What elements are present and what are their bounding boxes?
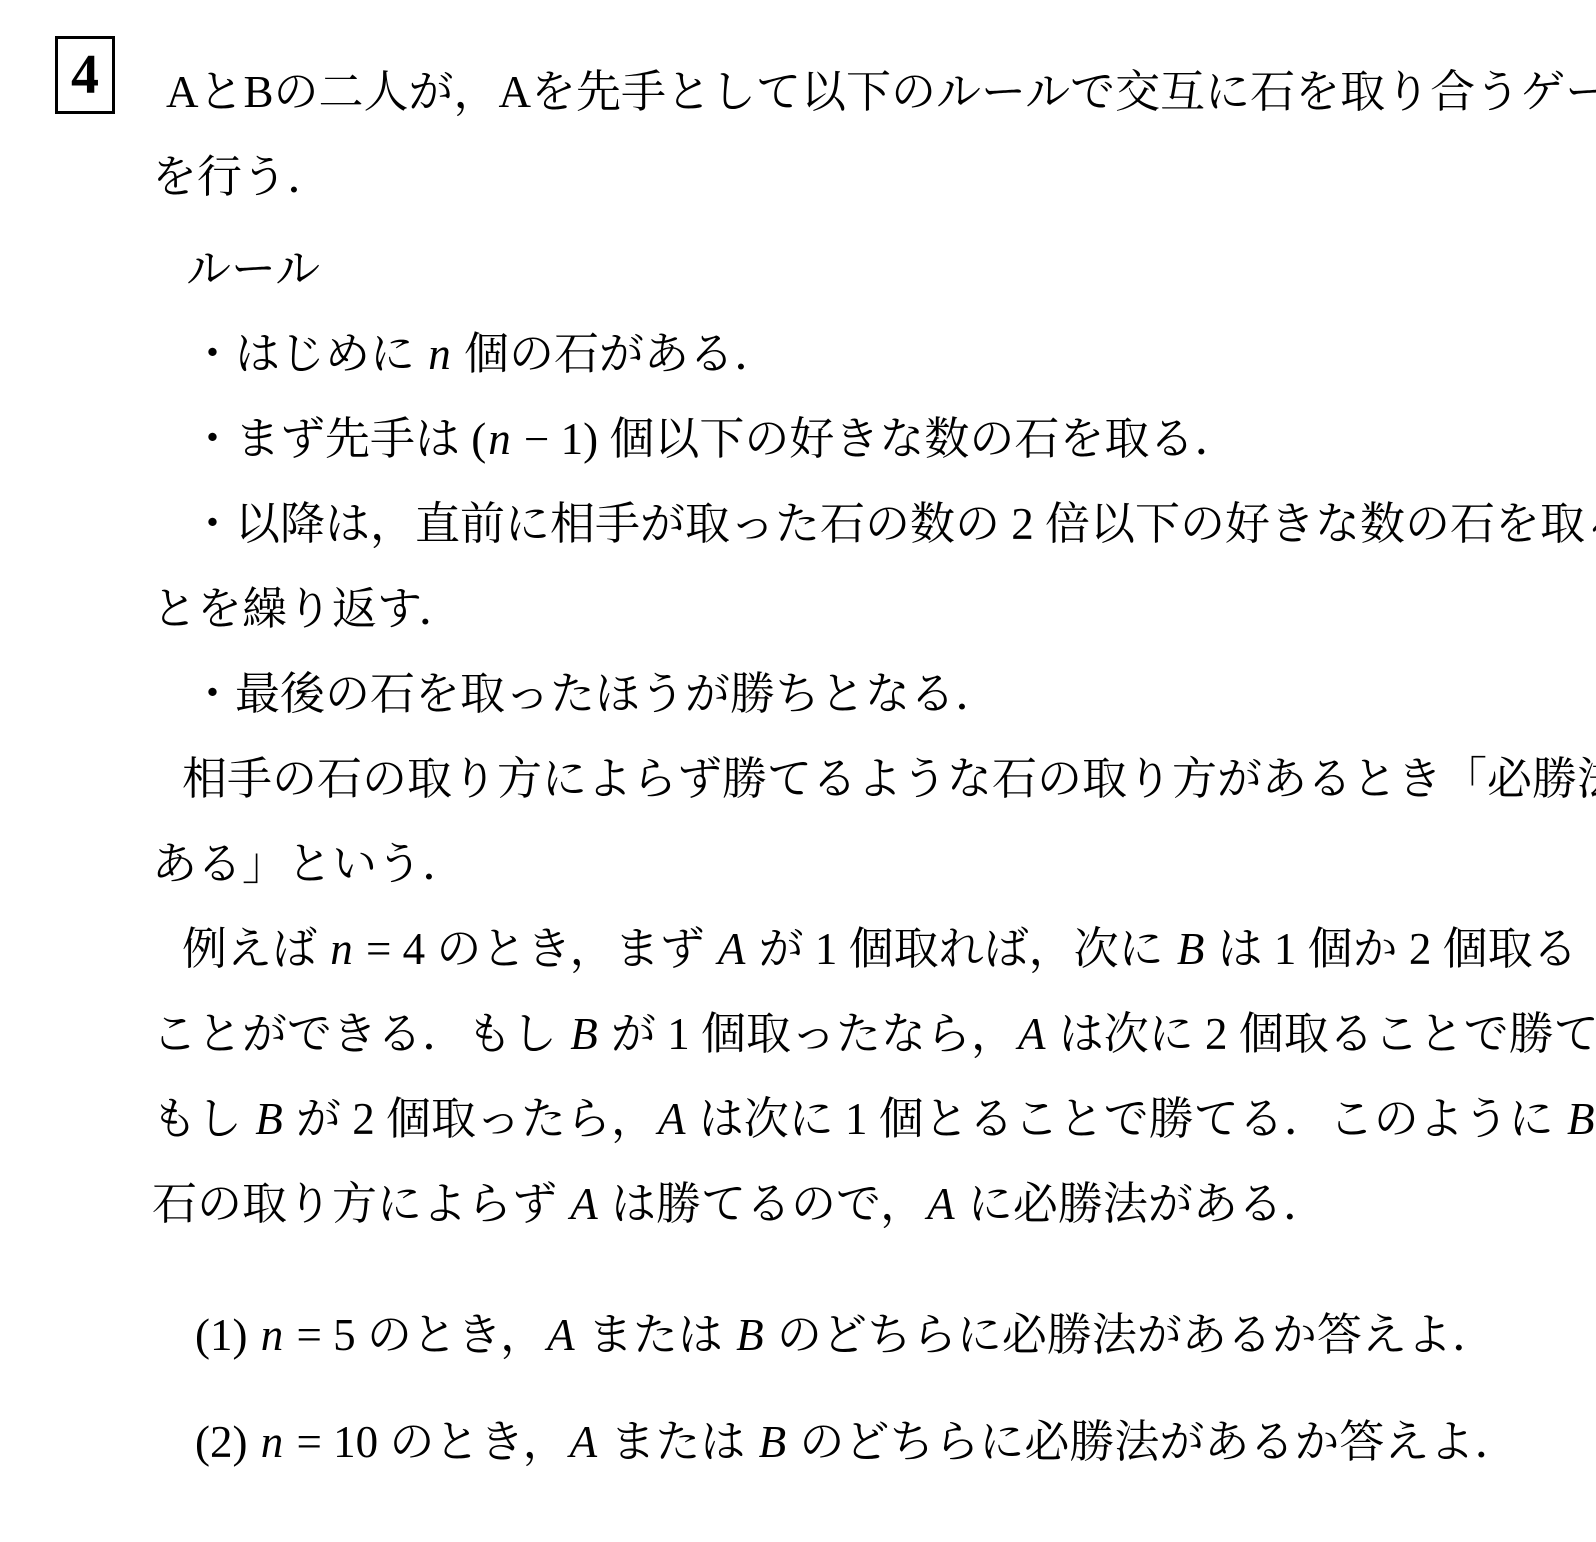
text-run: 例えば bbox=[182, 924, 328, 974]
math-var: n bbox=[486, 414, 513, 464]
text-line: ルール bbox=[152, 227, 1552, 312]
text-run: を行う． bbox=[152, 152, 332, 202]
text-run: が 1 個取ったなら， bbox=[600, 1009, 1016, 1059]
text-run: ・まず先手は ( bbox=[190, 414, 486, 464]
math-var: A bbox=[568, 1417, 600, 1467]
section-intro: AとBの二人が，Aを先手として以下のルールで交互に石を取り合うゲームを行う． bbox=[152, 50, 1552, 220]
text-run: ・以降は，直前に相手が取った石の数の 2 倍以下の好きな数の石を取るこ bbox=[190, 499, 1596, 549]
text-line: ことができる．もし B が 1 個取ったなら，A は次に 2 個取ることで勝てる… bbox=[152, 992, 1552, 1077]
section-questions: (1) n = 5 のとき，A または B のどちらに必勝法があるか答えよ．(2… bbox=[152, 1293, 1552, 1485]
math-var: n bbox=[259, 1310, 286, 1360]
math-var: B bbox=[253, 1094, 285, 1144]
section-rule: ・まず先手は (n − 1) 個以下の好きな数の石を取る． bbox=[152, 397, 1552, 482]
text-run: = 5 のとき， bbox=[285, 1310, 545, 1360]
text-line: ・最後の石を取ったほうが勝ちとなる． bbox=[152, 652, 1552, 737]
text-run: が 2 個取ったら， bbox=[285, 1094, 656, 1144]
text-run: は 1 個か 2 個取る bbox=[1206, 924, 1577, 974]
text-run: は勝てるので， bbox=[600, 1179, 925, 1229]
text-run: (1) bbox=[195, 1310, 259, 1360]
text-run: = 10 のとき， bbox=[285, 1417, 567, 1467]
math-var: n bbox=[328, 924, 355, 974]
text-run: ある」という． bbox=[152, 839, 467, 889]
text-run: のどちらに必勝法があるか答えよ． bbox=[788, 1417, 1519, 1467]
text-line: AとBの二人が，Aを先手として以下のルールで交互に石を取り合うゲーム bbox=[152, 50, 1552, 135]
text-run: または bbox=[599, 1417, 757, 1467]
text-run: ルール bbox=[186, 244, 320, 294]
exam-page: 4 AとBの二人が，Aを先手として以下のルールで交互に石を取り合うゲームを行う．… bbox=[0, 0, 1596, 1542]
text-run: (2) bbox=[195, 1417, 259, 1467]
math-var: A bbox=[656, 1094, 688, 1144]
text-line: ・以降は，直前に相手が取った石の数の 2 倍以下の好きな数の石を取るこ bbox=[152, 482, 1552, 567]
text-run: 個の石がある． bbox=[453, 329, 779, 379]
text-run: = 4 のとき，まず bbox=[355, 924, 716, 974]
math-var: B bbox=[1565, 1094, 1596, 1144]
text-line: とを繰り返す． bbox=[152, 567, 1552, 652]
math-var: B bbox=[1175, 924, 1207, 974]
math-var: n bbox=[259, 1417, 286, 1467]
text-line: ・はじめに n 個の石がある． bbox=[152, 312, 1552, 397]
text-line: 石の取り方によらず A は勝てるので，A に必勝法がある． bbox=[152, 1162, 1552, 1247]
section-para: 例えば n = 4 のとき，まず A が 1 個取れば，次に B は 1 個か … bbox=[152, 907, 1552, 1247]
math-var: A bbox=[716, 924, 748, 974]
section-para: 相手の石の取り方によらず勝てるような石の取り方があるとき「必勝法がある」という． bbox=[152, 737, 1552, 907]
text-run: または bbox=[577, 1310, 735, 1360]
text-run: AとBの二人が，Aを先手として以下のルールで交互に石を取り合うゲーム bbox=[166, 67, 1596, 117]
section-rule: ・以降は，直前に相手が取った石の数の 2 倍以下の好きな数の石を取ることを繰り返… bbox=[152, 482, 1552, 652]
math-var: B bbox=[568, 1009, 600, 1059]
text-run: ことができる．もし bbox=[152, 1009, 568, 1059]
text-run: 石の取り方によらず bbox=[152, 1179, 568, 1229]
math-var: A bbox=[925, 1179, 957, 1229]
text-run: に必勝法がある． bbox=[957, 1179, 1328, 1229]
section-rules-header: ルール bbox=[152, 227, 1552, 312]
text-run: のどちらに必勝法があるか答えよ． bbox=[766, 1310, 1497, 1360]
text-line: (1) n = 5 のとき，A または B のどちらに必勝法があるか答えよ． bbox=[152, 1293, 1552, 1378]
text-run: ・最後の石を取ったほうが勝ちとなる． bbox=[190, 669, 1000, 719]
text-run: とを繰り返す． bbox=[152, 584, 463, 634]
text-line: 例えば n = 4 のとき，まず A が 1 個取れば，次に B は 1 個か … bbox=[152, 907, 1552, 992]
text-line: ある」という． bbox=[152, 822, 1552, 907]
problem-body: AとBの二人が，Aを先手として以下のルールで交互に石を取り合うゲームを行う．ルー… bbox=[152, 50, 1552, 1507]
text-line: を行う． bbox=[152, 135, 1552, 220]
text-line: ・まず先手は (n − 1) 個以下の好きな数の石を取る． bbox=[152, 397, 1552, 482]
math-var: n bbox=[426, 329, 453, 379]
text-run: が 1 個取れば，次に bbox=[747, 924, 1175, 974]
problem-number-box: 4 bbox=[55, 36, 115, 114]
text-run: ・はじめに bbox=[190, 329, 426, 379]
math-var: A bbox=[545, 1310, 577, 1360]
math-var: B bbox=[757, 1417, 789, 1467]
section-rule: ・はじめに n 個の石がある． bbox=[152, 312, 1552, 397]
math-var: A bbox=[568, 1179, 600, 1229]
text-run: は次に 2 個取ることで勝てる． bbox=[1048, 1009, 1596, 1059]
text-line: 相手の石の取り方によらず勝てるような石の取り方があるとき「必勝法が bbox=[152, 737, 1552, 822]
text-line: もし B が 2 個取ったら，A は次に 1 個とることで勝てる．このように B… bbox=[152, 1077, 1552, 1162]
problem-number: 4 bbox=[71, 43, 99, 107]
text-run: もし bbox=[152, 1094, 253, 1144]
math-var: B bbox=[734, 1310, 766, 1360]
text-run: 相手の石の取り方によらず勝てるような石の取り方があるとき「必勝法が bbox=[182, 754, 1596, 804]
text-run: − 1) 個以下の好きな数の石を取る． bbox=[513, 414, 1240, 464]
math-var: A bbox=[1016, 1009, 1048, 1059]
text-run: は次に 1 個とることで勝てる．このように bbox=[688, 1094, 1566, 1144]
text-line: (2) n = 10 のとき，A または B のどちらに必勝法があるか答えよ． bbox=[152, 1400, 1552, 1485]
section-rule: ・最後の石を取ったほうが勝ちとなる． bbox=[152, 652, 1552, 737]
